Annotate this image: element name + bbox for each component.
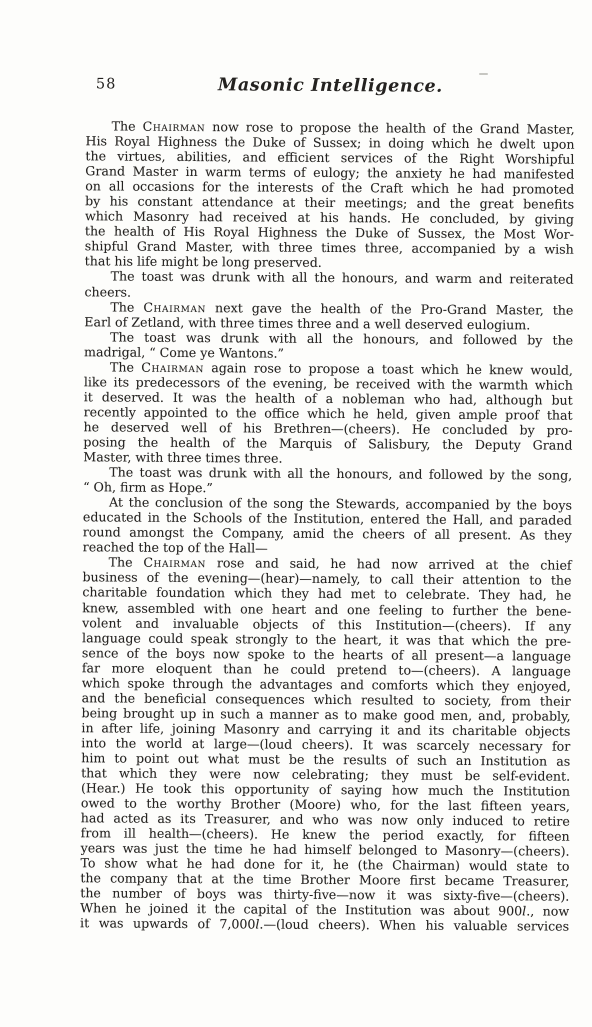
scan-speck [479, 73, 488, 75]
page-title: Masonic Intelligence. [86, 74, 575, 97]
text-line: it was upwards of 7,000l.—(loud cheers).… [80, 916, 569, 934]
page-number: 58 [96, 76, 117, 92]
page-header: 58 Masonic Intelligence. [86, 74, 575, 99]
page-content: 58 Masonic Intelligence. The Chairman no… [80, 74, 575, 934]
page-body: The Chairman now rose to propose the hea… [80, 118, 575, 934]
scanned-page: 58 Masonic Intelligence. The Chairman no… [0, 0, 592, 1027]
